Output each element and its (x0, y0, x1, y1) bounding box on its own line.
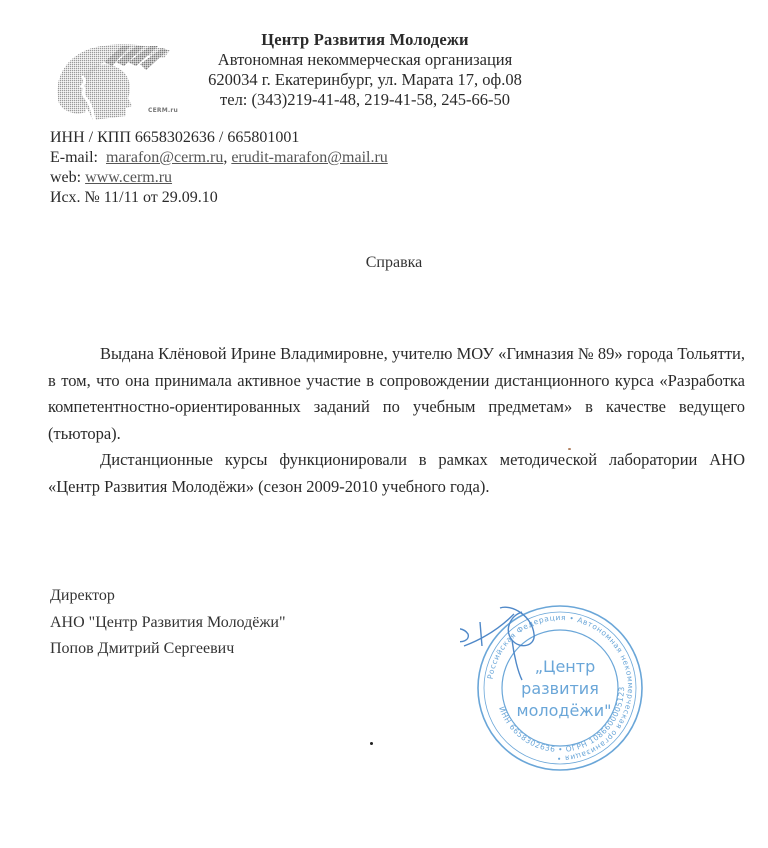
organization-type: Автономная некоммерческая организация (170, 50, 560, 70)
document-title: Справка (0, 254, 768, 272)
organization-address: 620034 г. Екатеринбург, ул. Марата 17, о… (170, 70, 560, 90)
stamp-seal-icon: Российская Федерация • Автономная некомм… (460, 600, 650, 780)
document-body: Выдана Клёновой Ирине Владимировне, учит… (48, 341, 745, 500)
letterhead: Центр Развития Молодежи Автономная неком… (170, 30, 560, 110)
web-line: web: www.cerm.ru (50, 168, 388, 188)
stamp-center-line-2: развития (521, 679, 599, 698)
scan-speck (370, 742, 373, 745)
body-paragraph: Дистанционные курсы функционировали в ра… (48, 447, 745, 500)
stamp-center-line-3: молодёжи" (517, 701, 612, 720)
email-line: E-mail: marafon@cerm.ru, erudit-marafon@… (50, 148, 388, 168)
official-stamp: Российская Федерация • Автономная некомм… (460, 600, 650, 780)
web-link[interactable]: www.cerm.ru (85, 169, 172, 186)
stamp-center-line-1: „Центр (535, 657, 596, 676)
body-paragraph: Выдана Клёновой Ирине Владимировне, учит… (48, 341, 745, 447)
signatory-position: Директор (50, 583, 285, 610)
email-link-2[interactable]: erudit-marafon@mail.ru (231, 149, 387, 166)
signatory-organization: АНО "Центр Развития Молодёжи" (50, 610, 285, 637)
email-label: E-mail: (50, 149, 98, 166)
organization-phones: тел: (343)219-41-48, 219-41-58, 245-66-5… (170, 90, 560, 110)
web-label: web: (50, 169, 81, 186)
contact-block: ИНН / КПП 6658302636 / 665801001 E-mail:… (50, 128, 388, 208)
inn-kpp: ИНН / КПП 6658302636 / 665801001 (50, 128, 388, 148)
organization-name: Центр Развития Молодежи (170, 30, 560, 50)
scan-speck (568, 448, 571, 450)
signatory-name: Попов Дмитрий Сергеевич (50, 636, 285, 663)
signature-block: Директор АНО "Центр Развития Молодёжи" П… (50, 583, 285, 663)
email-link-1[interactable]: marafon@cerm.ru (106, 149, 223, 166)
email-separator: , (223, 149, 227, 166)
outgoing-reference: Исх. № 11/11 от 29.09.10 (50, 188, 388, 208)
